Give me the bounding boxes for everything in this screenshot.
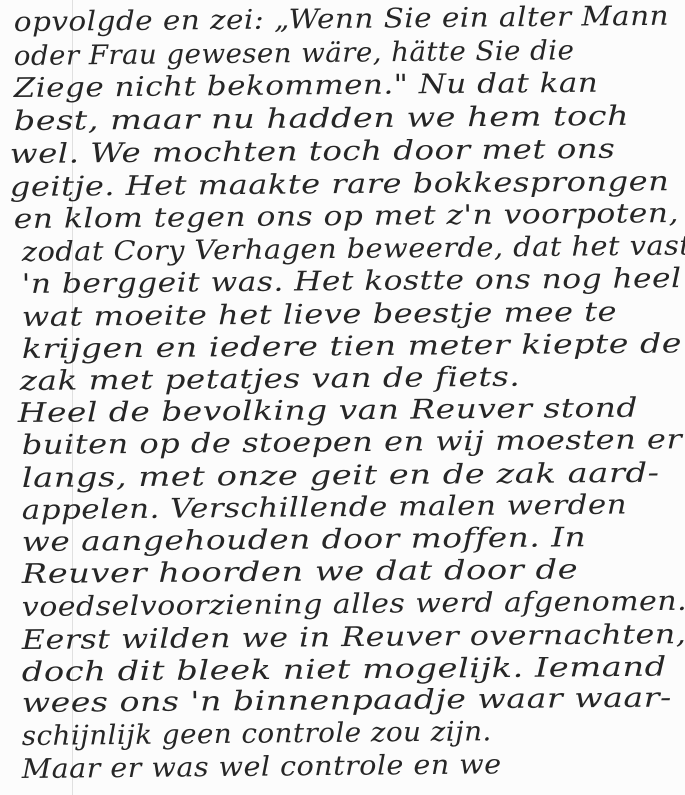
handwritten-line: doch dit bleek niet mogelijk. Iemand (22, 651, 667, 687)
handwritten-line: best, maar nu hadden we hem toch (14, 100, 630, 136)
handwritten-line: schijnlijk geen controle zou zijn. (22, 716, 492, 752)
handwritten-line: Eerst wilden we in Reuver overnachten, (22, 619, 685, 656)
handwritten-line: wat moeite het lieve beestje mee te (22, 297, 618, 333)
handwritten-line: krijgen en iedere tien meter kiepte de (22, 328, 683, 365)
handwritten-line: Reuver hoorden we dat door de (22, 555, 579, 591)
handwritten-line: wees ons 'n binnenpaadje waar waar- (22, 683, 672, 720)
handwritten-line: 'n berggeit was. Het kostte ons nog heel (22, 263, 682, 300)
handwritten-line: buiten op de stoepen en wij moesten er (22, 424, 683, 461)
handwritten-line: Maar er was wel controle en we (22, 749, 502, 785)
handwritten-line: voedselvoorziening alles werd afgenomen. (22, 586, 685, 623)
handwritten-line: wel. We mochten toch door met ons (10, 134, 616, 170)
handwritten-line: oder Frau gewesen wäre, hätte Sie die (14, 35, 575, 72)
handwritten-line: geitje. Het maakte rare bokkesprongen (10, 166, 670, 203)
handwritten-line: Heel de bevolking van Reuver stond (18, 393, 639, 429)
handwritten-line: langs, met onze geit en de zak aard- (22, 458, 660, 494)
handwritten-text-block: opvolgde en zei: „Wenn Sie ein alter Man… (0, 0, 685, 795)
handwritten-page: opvolgde en zei: „Wenn Sie ein alter Man… (0, 0, 685, 795)
handwritten-line: we aangehouden door moffen. In (22, 523, 587, 559)
handwritten-line: zodat Cory Verhagen beweerde, dat het va… (22, 231, 685, 269)
handwritten-line: zak met petatjes van de fiets. (20, 361, 521, 396)
handwritten-line: opvolgde en zei: „Wenn Sie ein alter Man… (14, 1, 670, 38)
handwritten-line: en klom tegen ons op met z'n voorpoten, (14, 198, 679, 235)
handwritten-line: Ziege nicht bekommen." Nu dat kan (14, 68, 599, 104)
handwritten-line: appelen. Verschillende malen werden (22, 489, 628, 526)
